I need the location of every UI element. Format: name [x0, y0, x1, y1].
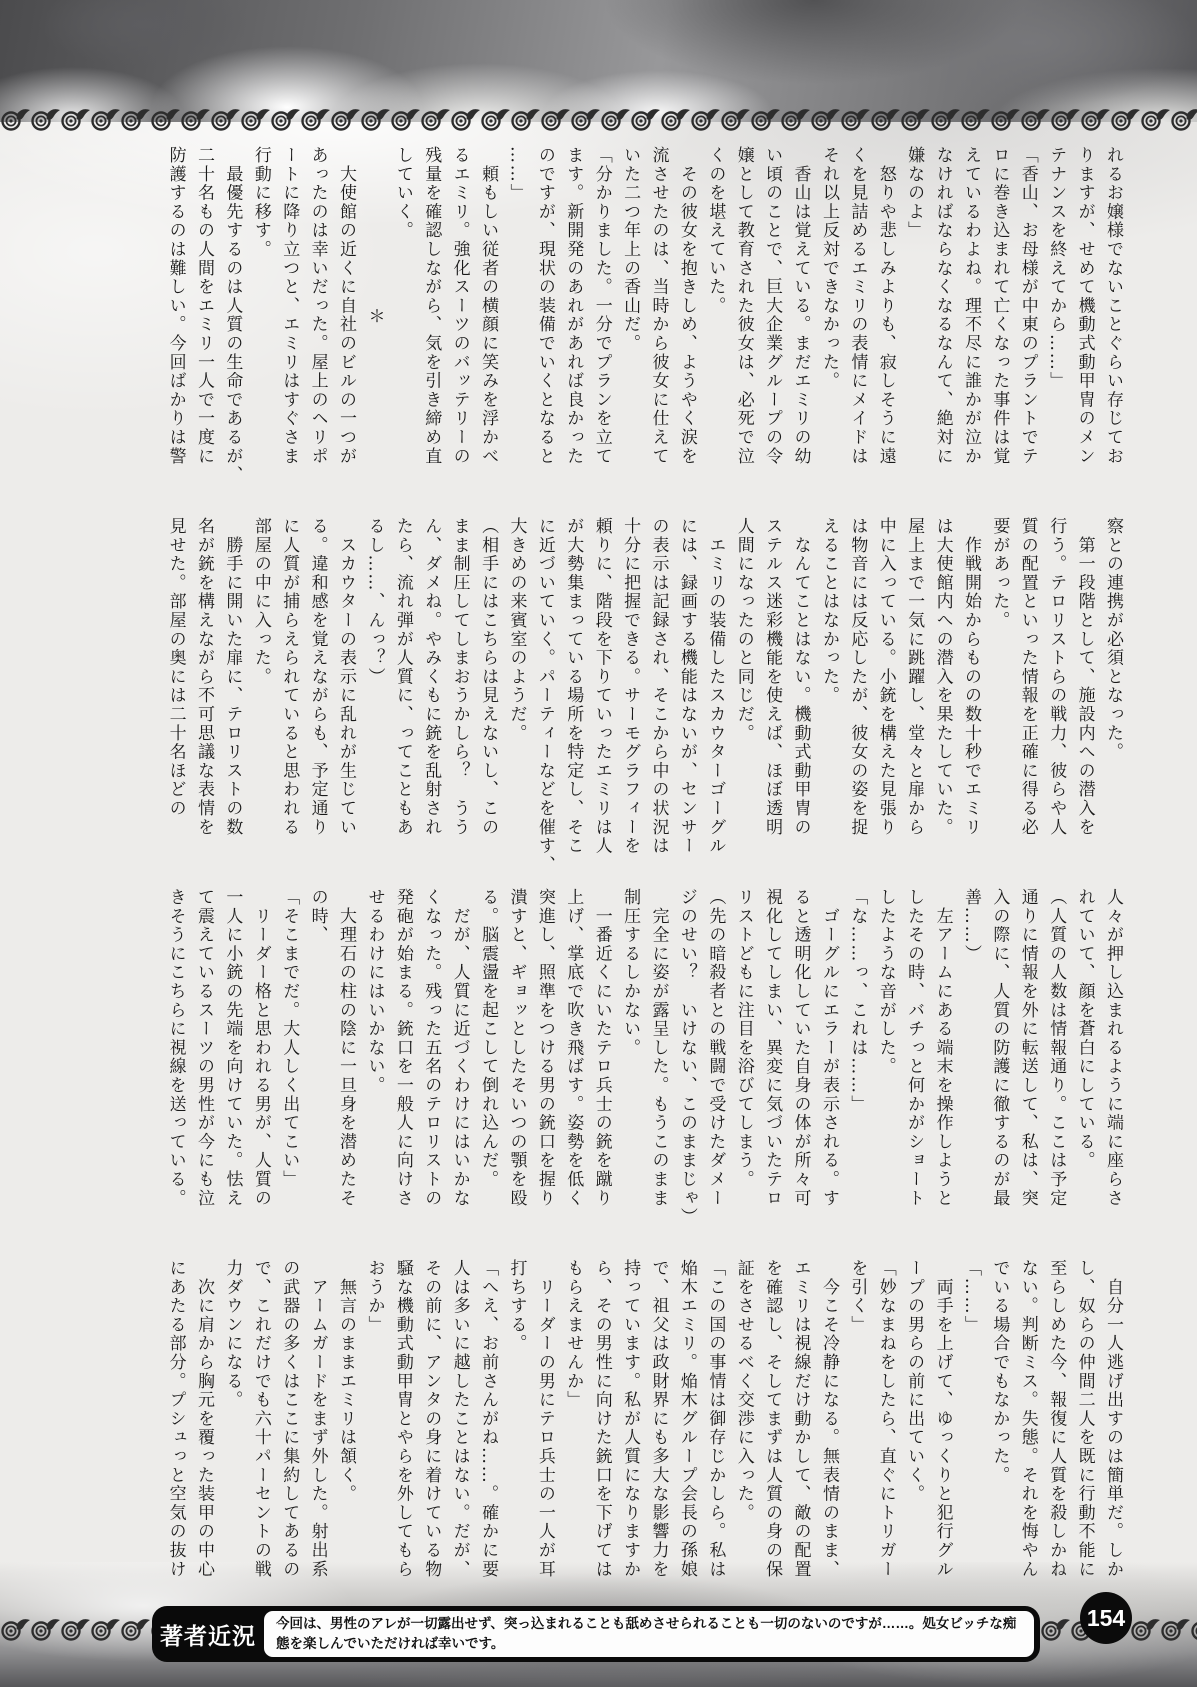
text-column: 入の際に、人質の防護に徹するのが最: [985, 888, 1013, 1226]
text-column: を確認し、そしてまずは人質の身の保: [758, 1259, 786, 1597]
text-column: 「そこまでだ。大人しく出てこい」: [275, 888, 303, 1226]
author-note-label: 著者近況: [152, 1606, 264, 1662]
text-column: る。脳震盪を起こして倒れ込んだ。: [474, 888, 502, 1226]
text-column: 騒な機動式動甲冑とやらを外してもら: [388, 1259, 416, 1597]
text-column: のですが、現状の装備でいくとなると: [530, 146, 558, 484]
text-column: に人質が捕らえられていると思われる: [275, 517, 303, 855]
text-column: 無言のままエミリは頷く。: [332, 1259, 360, 1597]
text-column: れていて、顔を蒼白にしている。: [1070, 888, 1098, 1226]
text-column: リーダー格と思われる男が、人質の: [246, 888, 274, 1226]
text-column: 見せた。部屋の奥には二十名ほどの: [161, 517, 189, 855]
text-column: ープの男らの前に出ていく。: [900, 1259, 928, 1597]
text-column: 最優先するのは人質の生命であるが、: [218, 146, 246, 484]
text-column: その彼女を抱きしめ、ようやく涙を: [673, 146, 701, 484]
text-column: 左アームにある端末を操作しようと: [928, 888, 956, 1226]
text-column: の表示は記録され、そこから中の状況は: [644, 517, 672, 855]
text-column: れるお嬢様でないことぐらい存じてお: [1099, 146, 1127, 484]
text-column: ゴーグルにエラーが表示される。す: [815, 888, 843, 1226]
text-column: スカウターの表示に乱れが生じてい: [332, 517, 360, 855]
text-column: えているわよね。理不尽に誰かが泣か: [957, 146, 985, 484]
text-column: 突進し、照準をつける男の銃口を握り: [530, 888, 558, 1226]
text-column: その前に、アンタの身に着けている物: [417, 1259, 445, 1597]
text-column: るエミリ。強化スーツのバッテリーの: [445, 146, 473, 484]
text-column: に近づいていく。パーティーなどを催す、: [530, 517, 558, 855]
text-column: 両手を上げて、ゆっくりと犯行グル: [928, 1259, 956, 1597]
text-band-3: 人々が押し込まれるように端に座らされていて、顔を蒼白にしている。（人質の人数は情…: [161, 888, 1127, 1226]
wave-border-top-icon: [0, 106, 1197, 134]
text-column: したその時、バチっと何かがショート: [900, 888, 928, 1226]
text-band-2: 察との連携が必須となった。 第一段階として、施設内への潜入を行う。テロリストらの…: [161, 517, 1127, 855]
text-column: （人質の人数は情報通り。ここは予定: [1042, 888, 1070, 1226]
text-column: したような音がした。: [871, 888, 899, 1226]
text-column: し、奴らの仲間二人を既に行動不能に: [1070, 1259, 1098, 1597]
author-note-text: 今回は、男性のアレが一切露出せず、突っ込まれることも舐めさせられることも一切のな…: [264, 1611, 1034, 1657]
text-column: 「香山、お母様が中東のプラントでテ: [1013, 146, 1041, 484]
text-column: 一番近くにいたテロ兵士の銃を蹴り: [587, 888, 615, 1226]
text-column: 屋上まで一気に跳躍し、堂々と扉から: [900, 517, 928, 855]
text-column: 「へえ、お前さんがね……。確かに要: [474, 1259, 502, 1597]
text-column: ートに降り立つと、エミリはすぐさま: [275, 146, 303, 484]
text-column: ると透明化していた自身の体が所々可: [786, 888, 814, 1226]
text-column: て震えているスーツの男性が今にも泣: [190, 888, 218, 1226]
text-column: る。違和感を覚えながらも、予定通り: [303, 517, 331, 855]
text-column: 証をさせるべく交渉に入った。: [729, 1259, 757, 1597]
text-column: 持っています。私が人質になりますか: [616, 1259, 644, 1597]
text-column: 善……）: [957, 888, 985, 1226]
text-column: を引く」: [843, 1259, 871, 1597]
text-column: （先の暗殺者との戦闘で受けたダメー: [701, 888, 729, 1226]
text-column: 焔木エミリ。焔木グループ会長の孫娘: [673, 1259, 701, 1597]
text-column: 部屋の中に入った。: [246, 517, 274, 855]
text-column: ない。判断ミス。失態。それを悔やん: [1013, 1259, 1041, 1597]
text-column: 潰すと、ギョッとしたそいつの顎を殴: [502, 888, 530, 1226]
text-column: ロに巻き込まれて亡くなった事件は覚: [985, 146, 1013, 484]
text-column: 行動に移す。: [246, 146, 274, 484]
text-column: まま制圧してしまおうかしら？ うう: [445, 517, 473, 855]
text-column: が大勢集まっている場所を特定し、そこ: [559, 517, 587, 855]
text-column: ＊: [360, 146, 388, 484]
text-column: テナンスを終えてから……」: [1042, 146, 1070, 484]
text-column: 嬢として教育された彼女は、必死で泣: [729, 146, 757, 484]
text-column: 今こそ冷静になる。無表情のまま、: [815, 1259, 843, 1597]
text-column: い頃のことで、巨大企業グループの令: [758, 146, 786, 484]
text-column: ジのせい？ いけない、このままじゃ）: [673, 888, 701, 1226]
text-column: にあたる部分。プシュっと空気の抜け: [161, 1259, 189, 1597]
text-column: 質の配置といった情報を正確に得る必: [1013, 517, 1041, 855]
text-column: ら、その男性に向けた銃口を下げては: [587, 1259, 615, 1597]
text-column: 防護するのは難しい。今回ばかりは警: [161, 146, 189, 484]
text-column: でいる場合でもなかった。: [985, 1259, 1013, 1597]
text-column: ん、ダメね。やみくもに銃を乱射され: [417, 517, 445, 855]
text-column: おうか」: [360, 1259, 388, 1597]
text-band-4: 自分一人逃げ出すのは簡単だ。しかし、奴らの仲間二人を既に行動不能に至らしめた今、…: [161, 1259, 1127, 1597]
text-column: 至らしめた今、報復に人質を殺しかね: [1042, 1259, 1070, 1597]
text-column: 作戦開始からものの数十秒でエミリ: [957, 517, 985, 855]
text-column: 怒りや悲しみよりも、寂しそうに遠: [871, 146, 899, 484]
page-number-badge: 154: [1080, 1592, 1132, 1644]
text-column: 打ちする。: [502, 1259, 530, 1597]
text-column: 十分に把握できる。サーモグラフィーを: [616, 517, 644, 855]
text-column: 察との連携が必須となった。: [1099, 517, 1127, 855]
text-column: それ以上反対できなかった。: [815, 146, 843, 484]
text-column: アームガードをまず外した。射出系: [303, 1259, 331, 1597]
text-column: の武器の多くはここに集約してあるの: [275, 1259, 303, 1597]
text-column: くのを堪えていた。: [701, 146, 729, 484]
text-band-1: れるお嬢様でないことぐらい存じておりますが、せめて機動式動甲冑のメンテナンスを終…: [161, 146, 1127, 484]
text-column: くなった。残った五名のテロリストの: [417, 888, 445, 1226]
text-column: 名が銃を構えながら不可思議な表情を: [190, 517, 218, 855]
text-column: 力ダウンになる。: [218, 1259, 246, 1597]
sky-photo: [0, 0, 1197, 122]
text-column: 残量を確認しながら、気を引き締め直: [417, 146, 445, 484]
text-column: 制圧するしかない。: [616, 888, 644, 1226]
text-column: 勝手に開いた扉に、テロリストの数: [218, 517, 246, 855]
text-column: 行う。テロリストらの戦力、彼らや人: [1042, 517, 1070, 855]
text-column: 「……」: [957, 1259, 985, 1597]
text-column: 完全に姿が露呈した。もうこのまま: [644, 888, 672, 1226]
text-column: 要があった。: [985, 517, 1013, 855]
text-column: 視化してしまい、異変に気づいたテロ: [758, 888, 786, 1226]
text-column: には、録画する機能はないが、センサー: [673, 517, 701, 855]
text-column: リストどもに注目を浴びてしまう。: [729, 888, 757, 1226]
text-column: 発砲が始まる。銃口を一般人に向けさ: [388, 888, 416, 1226]
text-column: ます。新開発のあれがあれば良かった: [559, 146, 587, 484]
text-column: で、これだけでも六十パーセントの戦: [246, 1259, 274, 1597]
text-column: は物音には反応したが、彼女の姿を捉: [843, 517, 871, 855]
text-column: もらえませんか」: [559, 1259, 587, 1597]
text-column: （相手にはこちらは見えないし、この: [474, 517, 502, 855]
text-column: 大理石の柱の陰に一旦身を潜めたそ: [332, 888, 360, 1226]
text-column: 流させたのは、当時から彼女に仕えて: [644, 146, 672, 484]
text-column: だが、人質に近づくわけにはいかな: [445, 888, 473, 1226]
text-column: 上げ、掌底で吹き飛ばす。姿勢を低く: [559, 888, 587, 1226]
text-column: 次に肩から胸元を覆った装甲の中心: [190, 1259, 218, 1597]
text-column: 二十名もの人間をエミリ一人で一度に: [190, 146, 218, 484]
text-column: せるわけにはいかない。: [360, 888, 388, 1226]
text-column: るし……、んっ？）: [360, 517, 388, 855]
text-column: 「妙なまねをしたら、直ぐにトリガー: [871, 1259, 899, 1597]
text-column: 人間になったのと同じだ。: [729, 517, 757, 855]
text-column: なんてことはない。機動式動甲冑の: [786, 517, 814, 855]
text-column: えることはなかった。: [815, 517, 843, 855]
text-column: リーダーの男にテロ兵士の一人が耳: [530, 1259, 558, 1597]
text-column: いた二つ年上の香山だ。: [616, 146, 644, 484]
text-column: 大使館の近くに自社のビルの一つが: [332, 146, 360, 484]
text-column: 第一段階として、施設内への潜入を: [1070, 517, 1098, 855]
text-column: 頼りに、階段を下りていったエミリは人: [587, 517, 615, 855]
text-column: 自分一人逃げ出すのは簡単だ。しか: [1099, 1259, 1127, 1597]
text-column: 香山は覚えている。まだエミリの幼: [786, 146, 814, 484]
text-column: 「分かりました。一分でプランを立て: [587, 146, 615, 484]
text-column: 「この国の事情は御存じかしら。私は: [701, 1259, 729, 1597]
text-column: 頼もしい従者の横顔に笑みを浮かべ: [474, 146, 502, 484]
text-column: していく。: [388, 146, 416, 484]
text-column: 人々が押し込まれるように端に座らさ: [1099, 888, 1127, 1226]
text-column: りますが、せめて機動式動甲冑のメン: [1070, 146, 1098, 484]
text-column: の時、: [303, 888, 331, 1226]
text-column: あったのは幸いだった。屋上のヘリポ: [303, 146, 331, 484]
text-column: たら、流れ弾が人質に、ってこともあ: [388, 517, 416, 855]
text-column: 「な……っ、これは……」: [843, 888, 871, 1226]
text-column: ステルス迷彩機能を使えば、ほぼ透明: [758, 517, 786, 855]
text-column: ……」: [502, 146, 530, 484]
text-column: 大きめの来賓室のようだ。: [502, 517, 530, 855]
text-column: くを見詰めるエミリの表情にメイドは: [843, 146, 871, 484]
author-note-bar: 著者近況 今回は、男性のアレが一切露出せず、突っ込まれることも舐めさせられること…: [152, 1606, 1040, 1662]
text-column: エミリの装備したスカウターゴーグル: [701, 517, 729, 855]
text-column: 一人に小銃の先端を向けていた。怯え: [218, 888, 246, 1226]
text-column: きそうにこちらに視線を送っている。: [161, 888, 189, 1226]
text-column: 人は多いに越したことはない。だが、: [445, 1259, 473, 1597]
text-column: エミリは視線だけ動かして、敵の配置: [786, 1259, 814, 1597]
novel-page: れるお嬢様でないことぐらい存じておりますが、せめて機動式動甲冑のメンテナンスを終…: [0, 0, 1197, 1687]
text-column: は大使館内への潜入を果たしていた。: [928, 517, 956, 855]
wave-border-footer-left-icon: [0, 1616, 152, 1642]
text-column: で、祖父は政財界にも多大な影響力を: [644, 1259, 672, 1597]
text-column: 通りに情報を外に転送して、私は、突: [1013, 888, 1041, 1226]
text-column: 嫌なのよ」: [900, 146, 928, 484]
text-column: なければならなくなるなんて、絶対に: [928, 146, 956, 484]
text-column: 中に入っている。小銃を構えた見張り: [871, 517, 899, 855]
